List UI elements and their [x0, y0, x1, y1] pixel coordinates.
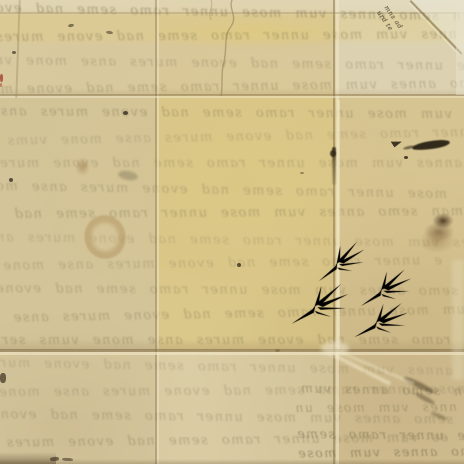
ink-speck [237, 263, 241, 267]
ink-speck [404, 156, 408, 159]
foxing-speck [275, 349, 280, 352]
crease-horizontal-lower-light [0, 352, 464, 355]
bottom-edge-shadow [0, 459, 464, 464]
letter-sheet: uman semo annes vum mose unner ramo seme… [0, 0, 464, 464]
ink-speck [9, 178, 13, 182]
crease-vertical-right-dark [333, 0, 335, 464]
small-brown-mark [75, 157, 90, 176]
panel-bottom-center [157, 351, 335, 464]
crease-vertical-left-light [157, 0, 159, 464]
panel-mid-left [0, 95, 157, 351]
ink-speck [123, 111, 128, 115]
ink-speck [12, 51, 16, 54]
panel-bottom-left [0, 351, 157, 464]
right-edge-light-strip [456, 0, 464, 95]
red-edge-speck [0, 74, 3, 82]
wavy-crease [195, 0, 265, 100]
pressed-flower-icon [350, 300, 410, 338]
ink-knot [330, 150, 336, 157]
red-edge-speck [0, 83, 2, 87]
ink-speck [300, 172, 304, 174]
left-edge-mark [0, 373, 6, 383]
dark-brown-stain [414, 208, 464, 254]
right-mid-light-strip [452, 260, 464, 380]
letter-photo: uman semo annes vum mose unner ramo seme… [0, 0, 464, 464]
